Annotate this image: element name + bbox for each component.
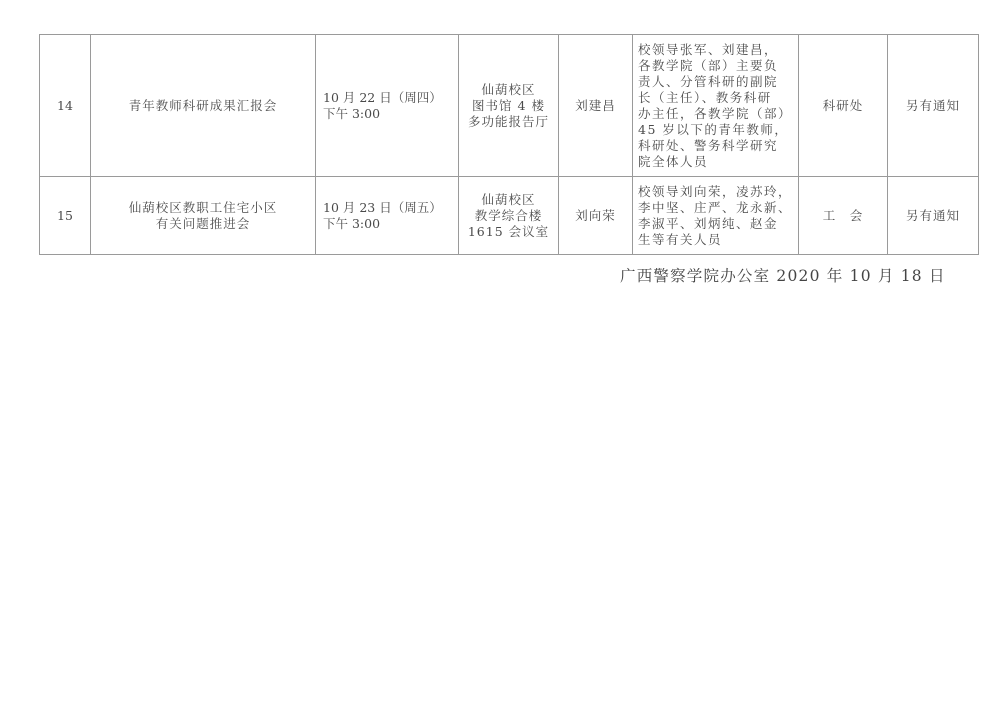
- attendees-line: 校领导张军、刘建昌，: [638, 42, 795, 58]
- meeting-hour: 下午 3:00: [323, 216, 458, 232]
- note-cell: 另有通知: [888, 35, 979, 177]
- attendees-line: 45 岁以下的青年教师，: [638, 122, 795, 138]
- attendees-line: 各教学院（部）主要负: [638, 58, 795, 74]
- location-line: 仙葫校区: [459, 82, 558, 98]
- attendees-line: 办主任，各教学院（部）: [638, 106, 795, 122]
- note-cell: 另有通知: [888, 177, 979, 255]
- meeting-name-line: 有关问题推进会: [91, 216, 315, 232]
- meeting-date: 10 月 23 日（周五）: [323, 200, 458, 216]
- row-number-cell: 15: [40, 177, 91, 255]
- attendees-line: 院全体人员: [638, 154, 795, 170]
- table-row: 15 仙葫校区教职工住宅小区 有关问题推进会 10 月 23 日（周五） 下午 …: [40, 177, 979, 255]
- meeting-location-cell: 仙葫校区 教学综合楼 1615 会议室: [459, 177, 559, 255]
- meeting-name-cell: 仙葫校区教职工住宅小区 有关问题推进会: [91, 177, 316, 255]
- attendees-cell: 校领导刘向荣，凌苏玲， 李中坚、庄严、龙永新、 李淑平、刘炳纯、赵金 生等有关人…: [633, 177, 799, 255]
- attendees-line: 长（主任）、教务科研: [638, 90, 795, 106]
- attendees-line: 李中坚、庄严、龙永新、: [638, 200, 795, 216]
- location-line: 教学综合楼: [459, 208, 558, 224]
- attendees-line: 责人、分管科研的副院: [638, 74, 795, 90]
- meeting-date: 10 月 22 日（周四）: [323, 90, 458, 106]
- meeting-location-cell: 仙葫校区 图书馆 4 楼 多功能报告厅: [459, 35, 559, 177]
- meeting-name-cell: 青年教师科研成果汇报会: [91, 35, 316, 177]
- organizer-cell: 科研处: [799, 35, 888, 177]
- table-row: 14 青年教师科研成果汇报会 10 月 22 日（周四） 下午 3:00 仙葫校…: [40, 35, 979, 177]
- location-line: 图书馆 4 楼: [459, 98, 558, 114]
- location-line: 仙葫校区: [459, 192, 558, 208]
- location-line: 多功能报告厅: [459, 114, 558, 130]
- meeting-time-cell: 10 月 22 日（周四） 下午 3:00: [316, 35, 459, 177]
- meeting-schedule-table: 14 青年教师科研成果汇报会 10 月 22 日（周四） 下午 3:00 仙葫校…: [39, 34, 979, 255]
- attendees-line: 李淑平、刘炳纯、赵金: [638, 216, 795, 232]
- row-number-cell: 14: [40, 35, 91, 177]
- meeting-time-cell: 10 月 23 日（周五） 下午 3:00: [316, 177, 459, 255]
- issuer-signature-date: 广西警察学院办公室 2020 年 10 月 18 日: [620, 264, 946, 286]
- host-cell: 刘向荣: [559, 177, 633, 255]
- organizer-cell: 工 会: [799, 177, 888, 255]
- attendees-cell: 校领导张军、刘建昌， 各教学院（部）主要负 责人、分管科研的副院 长（主任）、教…: [633, 35, 799, 177]
- attendees-line: 科研处、警务科学研究: [638, 138, 795, 154]
- host-cell: 刘建昌: [559, 35, 633, 177]
- attendees-line: 校领导刘向荣，凌苏玲，: [638, 184, 795, 200]
- attendees-line: 生等有关人员: [638, 232, 795, 248]
- meeting-name-line: 青年教师科研成果汇报会: [91, 98, 315, 114]
- location-line: 1615 会议室: [459, 224, 558, 240]
- meeting-name-line: 仙葫校区教职工住宅小区: [91, 200, 315, 216]
- meeting-hour: 下午 3:00: [323, 106, 458, 122]
